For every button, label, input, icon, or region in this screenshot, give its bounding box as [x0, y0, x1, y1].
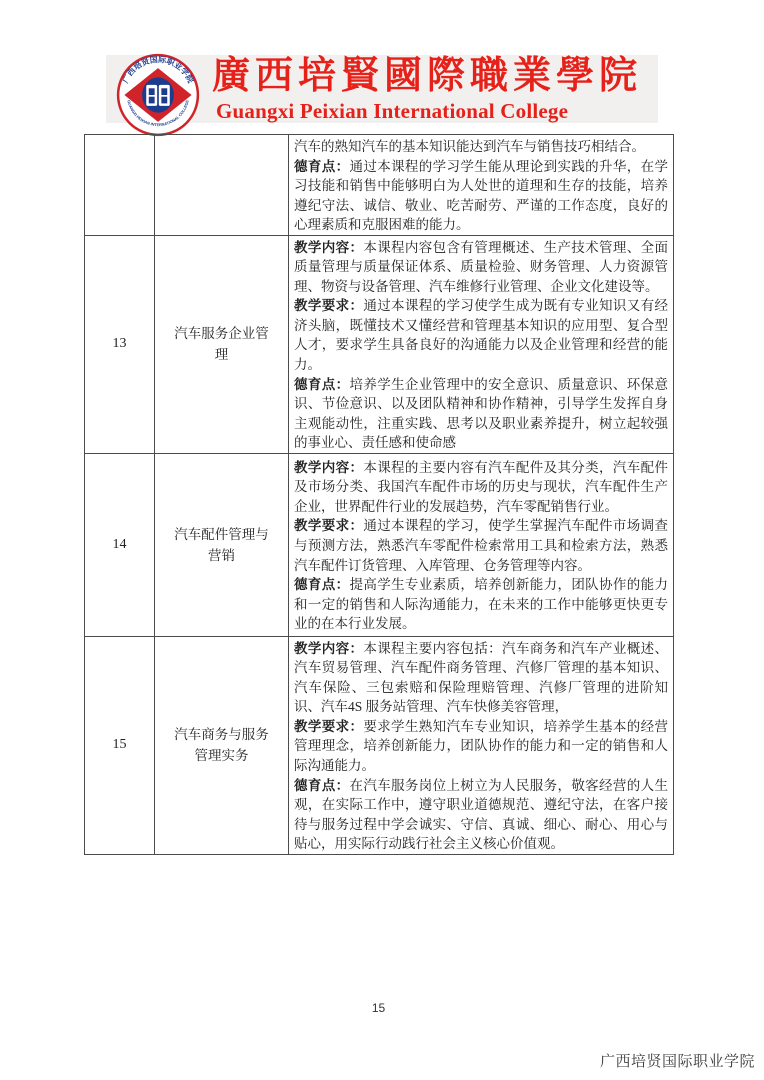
table-row: 14汽车配件管理与营销教学内容：本课程的主要内容有汽车配件及其分类，汽车配件及市…: [85, 453, 674, 636]
content-paragraph: 汽车的熟知汽车的基本知识能达到汽车与销售技巧相结合。: [294, 137, 668, 157]
content-paragraph: 教学要求：要求学生熟知汽车专业知识，培养学生基本的经营管理理念，培养创新能力，团…: [294, 717, 668, 776]
row-number-cell: 13: [85, 235, 155, 453]
course-content-cell: 教学内容：本课程内容包含有管理概述、生产技术管理、全面质量管理与质量保证体系、质…: [289, 235, 674, 453]
college-name-chinese: 廣西培賢國際職業學院: [212, 54, 642, 98]
course-name-cell: 汽车商务与服务管理实务: [155, 636, 289, 854]
row-number-cell: 15: [85, 636, 155, 854]
college-name-english: Guangxi Peixian International College: [216, 99, 568, 124]
section-label: 德育点：: [294, 778, 349, 793]
content-paragraph: 德育点：培养学生企业管理中的安全意识、质量意识、环保意识、节俭意识、以及团队精神…: [294, 375, 668, 453]
course-table: 汽车的熟知汽车的基本知识能达到汽车与销售技巧相结合。德育点：通过本课程的学习学生…: [84, 134, 674, 855]
section-label: 教学要求：: [294, 518, 363, 533]
section-label: 教学内容：: [294, 460, 363, 475]
section-label: 教学内容：: [294, 240, 363, 255]
table-row: 汽车的熟知汽车的基本知识能达到汽车与销售技巧相结合。德育点：通过本课程的学习学生…: [85, 135, 674, 236]
table-row: 13汽车服务企业管理教学内容：本课程内容包含有管理概述、生产技术管理、全面质量管…: [85, 235, 674, 453]
course-content-cell: 教学内容：本课程的主要内容有汽车配件及其分类，汽车配件及市场分类、我国汽车配件市…: [289, 453, 674, 636]
content-paragraph: 德育点：提高学生专业素质，培养创新能力，团队协作的能力和一定的销售和人际沟通能力…: [294, 575, 668, 634]
course-content-cell: 教学内容：本课程主要内容包括：汽车商务和汽车产业概述、汽车贸易管理、汽车配件商务…: [289, 636, 674, 854]
content-paragraph: 教学内容：本课程的主要内容有汽车配件及其分类，汽车配件及市场分类、我国汽车配件市…: [294, 458, 668, 517]
content-paragraph: 德育点：在汽车服务岗位上树立为人民服务，敬客经营的人生观，在实际工作中，遵守职业…: [294, 776, 668, 854]
footer-college-name: 广西培贤国际职业学院: [600, 1050, 755, 1071]
section-label: 教学要求：: [294, 298, 363, 313]
row-number-cell: 14: [85, 453, 155, 636]
section-label: 教学内容：: [294, 641, 363, 656]
course-table-body: 汽车的熟知汽车的基本知识能达到汽车与销售技巧相结合。德育点：通过本课程的学习学生…: [85, 135, 674, 855]
content-paragraph: 教学要求：通过本课程的学习，使学生掌握汽车配件市场调查与预测方法，熟悉汽车零配件…: [294, 516, 668, 575]
document-page: 广西培贤国际职业学院 GUANGXI PEIXIAN INTERNATIONAL…: [0, 0, 764, 1080]
content-paragraph: 德育点：通过本课程的学习学生能从理论到实践的升华，在学习技能和销售中能够明白为人…: [294, 157, 668, 235]
course-name-cell: 汽车配件管理与营销: [155, 453, 289, 636]
page-number: 15: [84, 1001, 673, 1015]
content-paragraph: 教学内容：本课程内容包含有管理概述、生产技术管理、全面质量管理与质量保证体系、质…: [294, 238, 668, 297]
course-content-cell: 汽车的熟知汽车的基本知识能达到汽车与销售技巧相结合。德育点：通过本课程的学习学生…: [289, 135, 674, 236]
row-number-cell: [85, 135, 155, 236]
college-logo-icon: 广西培贤国际职业学院 GUANGXI PEIXIAN INTERNATIONAL…: [116, 53, 200, 137]
content-paragraph: 教学内容：本课程主要内容包括：汽车商务和汽车产业概述、汽车贸易管理、汽车配件商务…: [294, 639, 668, 717]
section-label: 教学要求：: [294, 719, 363, 734]
content-paragraph: 教学要求：通过本课程的学习使学生成为既有专业知识又有经济头脑，既懂技术又懂经营和…: [294, 296, 668, 374]
course-name-cell: 汽车服务企业管理: [155, 235, 289, 453]
table-row: 15汽车商务与服务管理实务教学内容：本课程主要内容包括：汽车商务和汽车产业概述、…: [85, 636, 674, 854]
section-label: 德育点：: [294, 577, 349, 592]
course-name-cell: [155, 135, 289, 236]
section-label: 德育点：: [294, 159, 349, 174]
section-label: 德育点：: [294, 377, 349, 392]
